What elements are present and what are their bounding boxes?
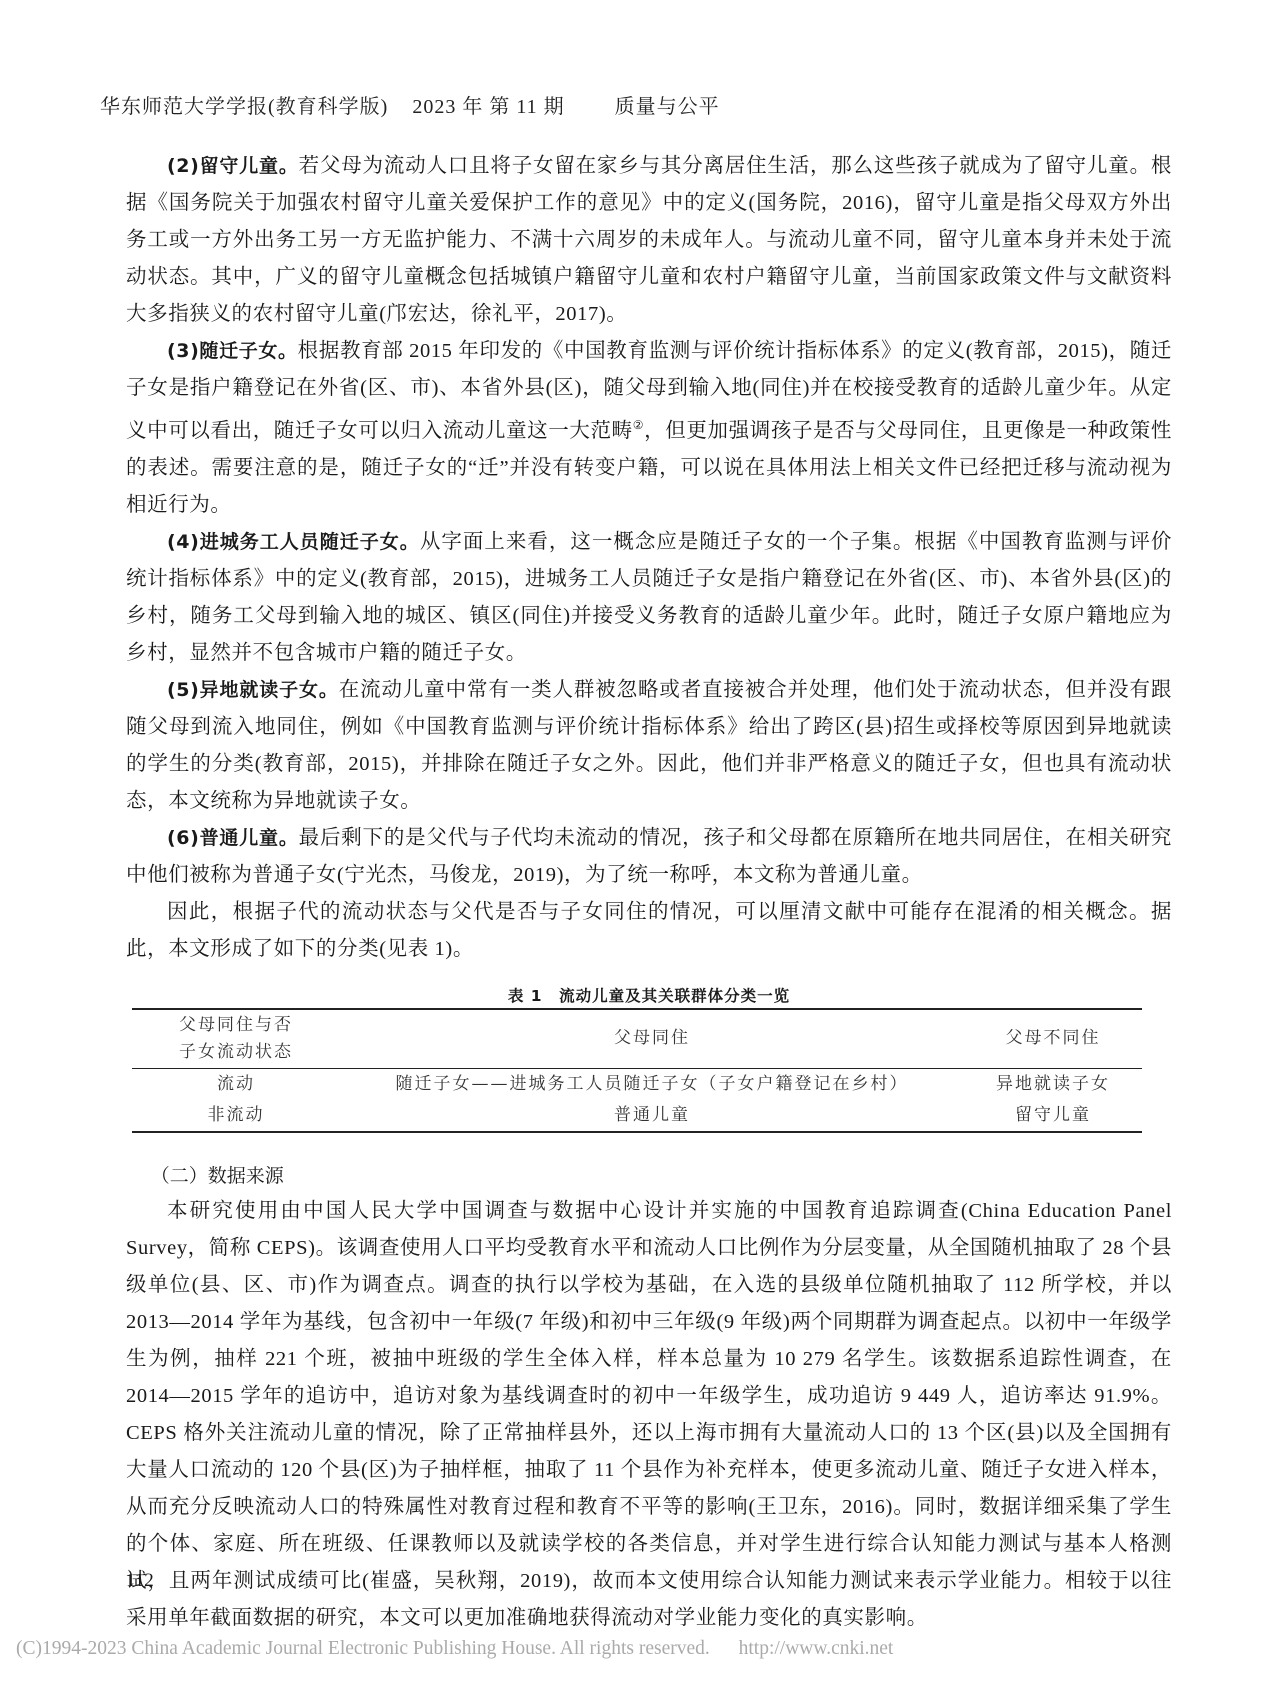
header-line: 父母同住与否 — [136, 1012, 336, 1039]
table-row: 流动 随迁子女——进城务工人员随迁子女（子女户籍登记在乡村） 异地就读子女 — [132, 1068, 1142, 1100]
table-caption: 表 1 流动儿童及其关联群体分类一览 — [126, 984, 1172, 1006]
running-header: 华东师范大学学报(教育科学版) 2023 年 第 11 期 质量与公平 — [100, 90, 738, 119]
paragraph-nonlocal-students: (5)异地就读子女。在流动儿童中常有一类人群被忽略或者直接被合并处理，他们处于流… — [126, 672, 1172, 820]
paragraph-text: 若父母为流动人口且将子女留在家乡与其分离居住生活，那么这些孩子就成为了留守儿童。… — [126, 155, 1172, 325]
table-cell: 普通儿童 — [340, 1100, 964, 1132]
footnote-marker[interactable]: ② — [633, 418, 644, 432]
term-heading: (6)普通儿童。 — [167, 827, 299, 849]
header-cell-status: 父母同住与否子女流动状态 — [132, 1009, 340, 1069]
header-cell-live-together: 父母同住 — [340, 1009, 964, 1069]
paragraph-ordinary-children: (6)普通儿童。最后剩下的是父代与子代均未流动的情况，孩子和父母都在原籍所在地共… — [126, 820, 1172, 894]
paragraph-left-behind-children: (2)留守儿童。若父母为流动人口且将子女留在家乡与其分离居住生活，那么这些孩子就… — [126, 148, 1172, 333]
table-cell: 留守儿童 — [964, 1100, 1142, 1132]
section-name: 质量与公平 — [615, 96, 720, 118]
header-cell-not-together: 父母不同住 — [964, 1009, 1142, 1069]
header-line: 子女流动状态 — [136, 1039, 336, 1066]
paragraph-text: 因此，根据子代的流动状态与父代是否与子女同住的情况，可以厘清文献中可能存在混淆的… — [126, 901, 1172, 960]
paragraph-worker-migrant-children: (4)进城务工人员随迁子女。从字面上来看，这一概念应是随迁子女的一个子集。根据《… — [126, 524, 1172, 672]
section-heading: （二）数据来源 — [126, 1159, 1172, 1193]
paragraph-data-source: 本研究使用由中国人民大学中国调查与数据中心设计并实施的中国教育追踪调查(Chin… — [126, 1193, 1172, 1637]
paragraph-migrant-children: (3)随迁子女。根据教育部 2015 年印发的《中国教育监测与评价统计指标体系》… — [126, 333, 1172, 524]
classification-table: 父母同住与否子女流动状态 父母同住 父母不同住 流动 随迁子女——进城务工人员随… — [132, 1008, 1142, 1133]
journal-name: 华东师范大学学报(教育科学版) — [100, 96, 388, 118]
term-heading: (4)进城务工人员随迁子女。 — [167, 531, 420, 553]
table-cell: 流动 — [132, 1068, 340, 1100]
term-heading: (5)异地就读子女。 — [167, 679, 339, 701]
table-cell: 异地就读子女 — [964, 1068, 1142, 1100]
table-cell: 非流动 — [132, 1100, 340, 1132]
term-heading: (3)随迁子女。 — [167, 340, 298, 362]
copyright-footer: (C)1994-2023 China Academic Journal Elec… — [16, 1638, 893, 1660]
table-cell: 随迁子女——进城务工人员随迁子女（子女户籍登记在乡村） — [340, 1068, 964, 1100]
footer-link[interactable]: http://www.cnki.net — [739, 1638, 894, 1659]
issue-info: 2023 年 第 11 期 — [412, 96, 564, 118]
page-number: 112 — [126, 1570, 154, 1592]
paragraph-summary: 因此，根据子代的流动状态与父代是否与子女同住的情况，可以厘清文献中可能存在混淆的… — [126, 894, 1172, 968]
term-heading: (2)留守儿童。 — [167, 155, 299, 177]
table-header-row: 父母同住与否子女流动状态 父母同住 父母不同住 — [132, 1009, 1142, 1069]
table-1: 表 1 流动儿童及其关联群体分类一览 父母同住与否子女流动状态 父母同住 父母不… — [126, 984, 1172, 1133]
table-row: 非流动 普通儿童 留守儿童 — [132, 1100, 1142, 1132]
copyright-text: (C)1994-2023 China Academic Journal Elec… — [16, 1638, 710, 1659]
article-body: (2)留守儿童。若父母为流动人口且将子女留在家乡与其分离居住生活，那么这些孩子就… — [126, 148, 1172, 1637]
